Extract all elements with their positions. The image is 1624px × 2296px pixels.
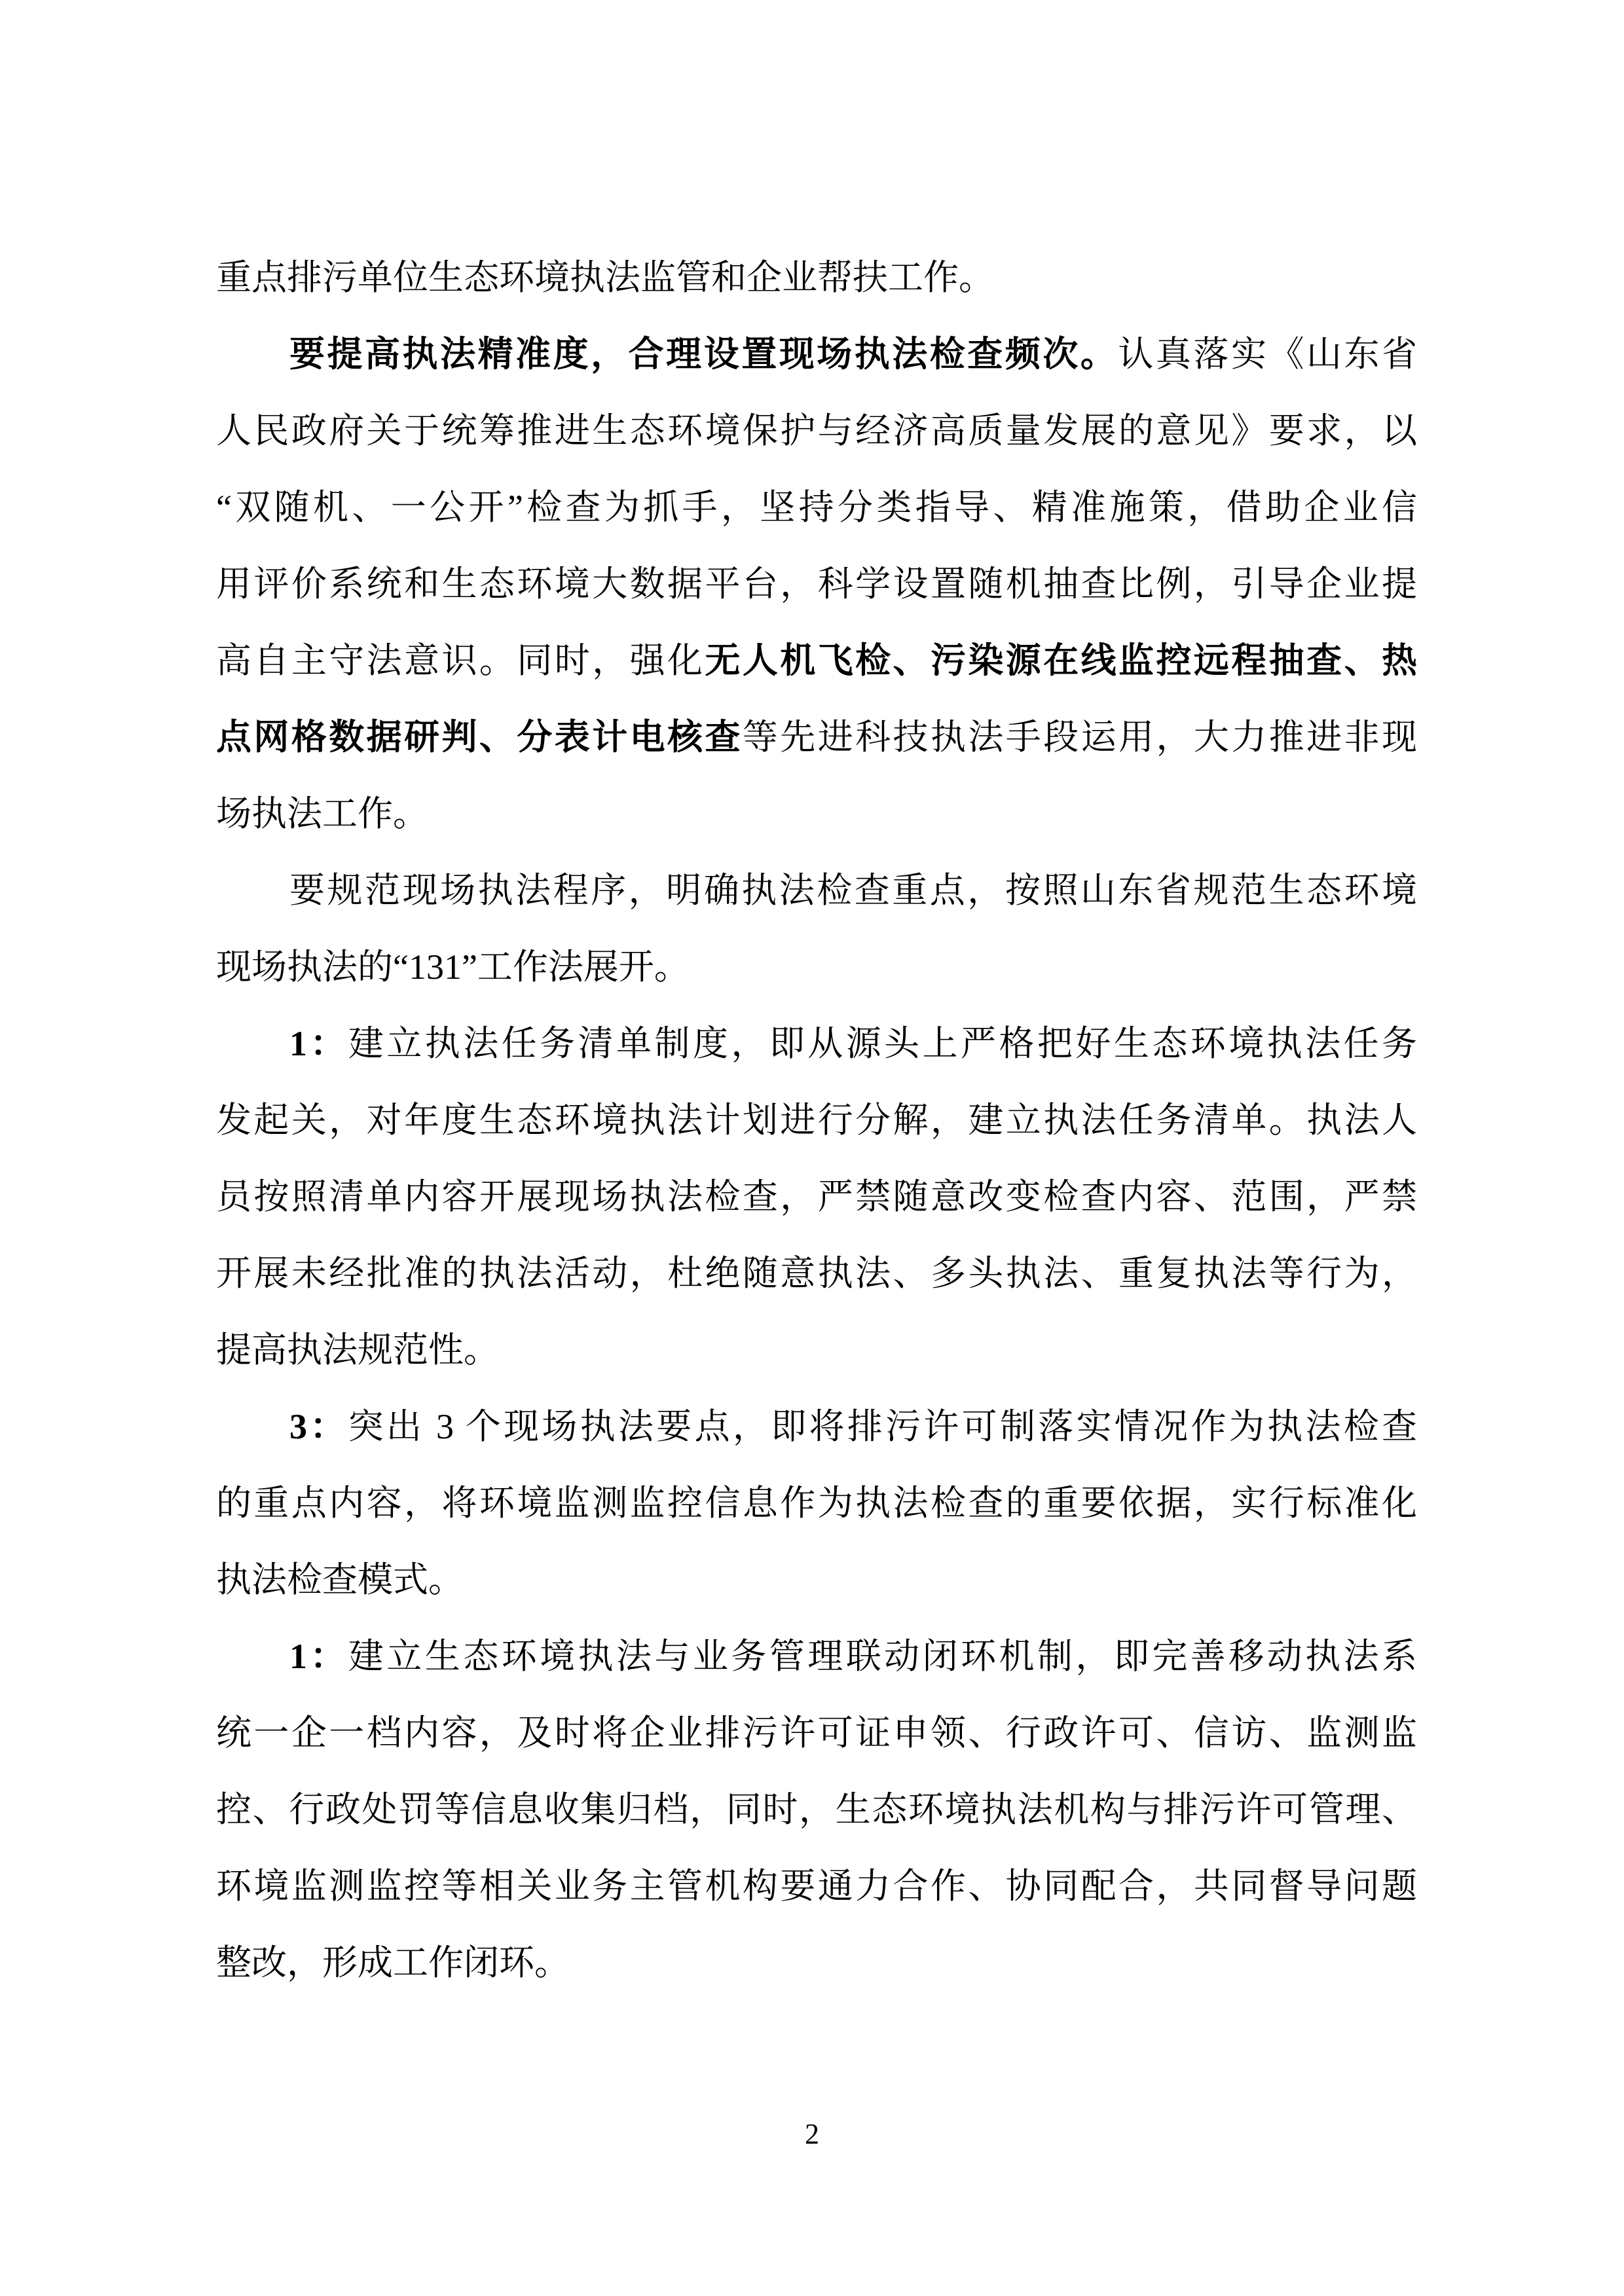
text-run: 整改，形成工作闭环。: [216, 1943, 570, 1982]
text-run: 场执法工作。: [216, 794, 428, 833]
bold-text-run: 1：: [289, 1637, 348, 1676]
text-run: 认真落实《山东省: [1118, 335, 1417, 374]
text-line: 场执法工作。: [216, 776, 1417, 852]
bold-text-run: 要提高执法精准度，合理设置现场执法检查频次。: [289, 335, 1118, 374]
text-run: 人民政府关于统筹推进生态环境保护与经济高质量发展的意见》要求，以: [216, 411, 1417, 450]
bold-text-run: 3：: [289, 1407, 348, 1446]
text-line: 1：建立执法任务清单制度，即从源头上严格把好生态环境执法任务: [216, 1006, 1417, 1082]
text-line: 要提高执法精准度，合理设置现场执法检查频次。认真落实《山东省: [216, 316, 1417, 393]
text-line: 发起关，对年度生态环境执法计划进行分解，建立执法任务清单。执法人: [216, 1082, 1417, 1159]
page-number: 2: [0, 2120, 1624, 2149]
text-run: 员按照清单内容开展现场执法检查，严禁随意改变检查内容、范围，严禁: [216, 1177, 1417, 1216]
bold-text-run: 点网格数据研判、分表计电核查: [216, 718, 743, 757]
text-run: 突出 3 个现场执法要点，即将排污许可制落实情况作为执法检查: [348, 1407, 1417, 1446]
text-line: 统一企一档内容，及时将企业排污许可证申领、行政许可、信访、监测监: [216, 1695, 1417, 1772]
text-line: 提高执法规范性。: [216, 1312, 1417, 1389]
text-line: 开展未经批准的执法活动，杜绝随意执法、多头执法、重复执法等行为，: [216, 1235, 1417, 1312]
text-line: 人民政府关于统筹推进生态环境保护与经济高质量发展的意见》要求，以: [216, 393, 1417, 469]
text-line: 1：建立生态环境执法与业务管理联动闭环机制，即完善移动执法系: [216, 1618, 1417, 1695]
text-line: 点网格数据研判、分表计电核查等先进科技执法手段运用，大力推进非现: [216, 699, 1417, 776]
bold-text-run: 1：: [289, 1024, 348, 1063]
text-run: 提高执法规范性。: [216, 1330, 499, 1370]
text-run: 建立生态环境执法与业务管理联动闭环机制，即完善移动执法系: [348, 1637, 1417, 1676]
text-line: 整改，形成工作闭环。: [216, 1925, 1417, 2001]
text-line: 用评价系统和生态环境大数据平台，科学设置随机抽查比例，引导企业提: [216, 546, 1417, 623]
text-run: 高自主守法意识。同时，强化: [216, 641, 705, 680]
text-line: 执法检查模式。: [216, 1542, 1417, 1618]
text-line: 控、行政处罚等信息收集归档，同时，生态环境执法机构与排污许可管理、: [216, 1772, 1417, 1848]
text-run: 开展未经批准的执法活动，杜绝随意执法、多头执法、重复执法等行为，: [216, 1254, 1417, 1293]
text-run: 等先进科技执法手段运用，大力推进非现: [743, 718, 1417, 757]
text-line: 重点排污单位生态环境执法监管和企业帮扶工作。: [216, 240, 1417, 316]
text-run: 现场执法的“131”工作法展开。: [216, 947, 690, 987]
text-line: “双随机、一公开”检查为抓手，坚持分类指导、精准施策，借助企业信: [216, 469, 1417, 546]
text-run: 建立执法任务清单制度，即从源头上严格把好生态环境执法任务: [348, 1024, 1417, 1063]
document-body: 重点排污单位生态环境执法监管和企业帮扶工作。要提高执法精准度，合理设置现场执法检…: [216, 240, 1417, 2001]
text-line: 环境监测监控等相关业务主管机构要通力合作、协同配合，共同督导问题: [216, 1848, 1417, 1925]
text-line: 要规范现场执法程序，明确执法检查重点，按照山东省规范生态环境: [216, 852, 1417, 929]
bold-text-run: 无人机飞检、污染源在线监控远程抽查、热: [705, 641, 1417, 680]
text-run: 控、行政处罚等信息收集归档，同时，生态环境执法机构与排污许可管理、: [216, 1790, 1417, 1829]
text-run: 的重点内容，将环境监测监控信息作为执法检查的重要依据，实行标准化: [216, 1484, 1417, 1523]
text-line: 3：突出 3 个现场执法要点，即将排污许可制落实情况作为执法检查: [216, 1389, 1417, 1465]
text-run: 用评价系统和生态环境大数据平台，科学设置随机抽查比例，引导企业提: [216, 564, 1417, 604]
text-run: 执法检查模式。: [216, 1560, 464, 1599]
text-line: 高自主守法意识。同时，强化无人机飞检、污染源在线监控远程抽查、热: [216, 623, 1417, 699]
text-run: 重点排污单位生态环境执法监管和企业帮扶工作。: [216, 258, 994, 297]
text-run: 要规范现场执法程序，明确执法检查重点，按照山东省规范生态环境: [289, 871, 1417, 910]
text-run: 统一企一档内容，及时将企业排污许可证申领、行政许可、信访、监测监: [216, 1713, 1417, 1753]
document-page: 重点排污单位生态环境执法监管和企业帮扶工作。要提高执法精准度，合理设置现场执法检…: [0, 0, 1624, 2296]
text-run: 环境监测监控等相关业务主管机构要通力合作、协同配合，共同督导问题: [216, 1867, 1417, 1906]
text-run: “双随机、一公开”检查为抓手，坚持分类指导、精准施策，借助企业信: [216, 488, 1417, 527]
text-run: 发起关，对年度生态环境执法计划进行分解，建立执法任务清单。执法人: [216, 1101, 1417, 1140]
text-line: 现场执法的“131”工作法展开。: [216, 929, 1417, 1006]
text-line: 员按照清单内容开展现场执法检查，严禁随意改变检查内容、范围，严禁: [216, 1159, 1417, 1235]
text-line: 的重点内容，将环境监测监控信息作为执法检查的重要依据，实行标准化: [216, 1465, 1417, 1542]
